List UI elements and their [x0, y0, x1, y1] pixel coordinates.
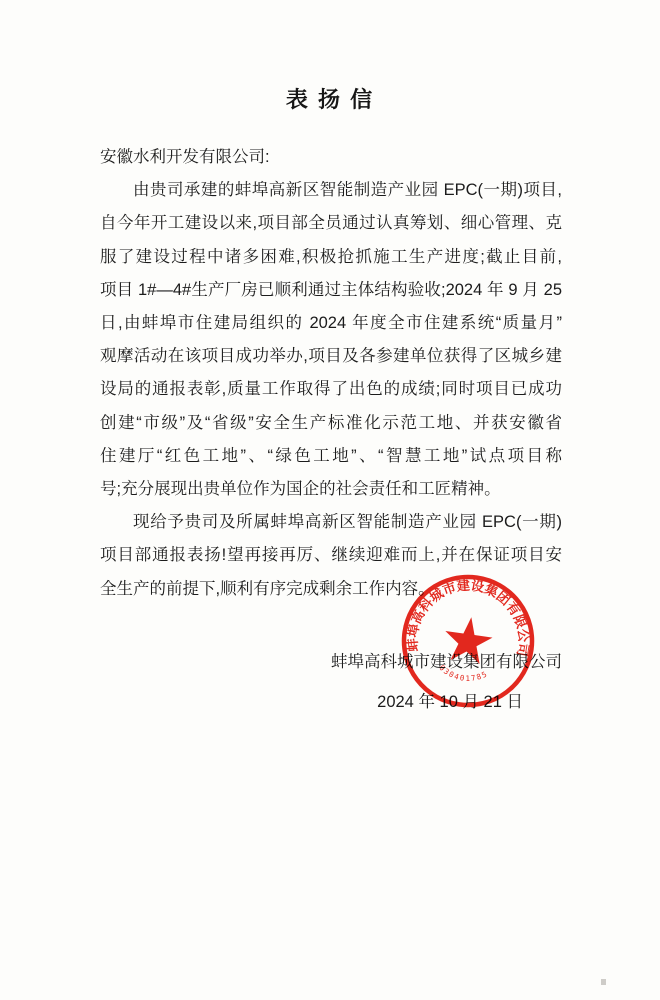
seal-code-text: 030401785: [436, 662, 491, 686]
letter-line: 创建“市级”及“省级”安全生产标准化示范工地、并获安徽省: [100, 407, 562, 440]
page-title: 表 扬 信: [0, 83, 660, 114]
letter-line: 自今年开工建设以来,项目部全员通过认真筹划、细心管理、克: [100, 207, 562, 240]
red-star-icon: [441, 614, 494, 665]
salutation: 安徽水利开发有限公司:: [100, 141, 562, 174]
scan-artifact: [601, 979, 606, 985]
letter-line: 住建厅“红色工地”、“绿色工地”、“智慧工地”试点项目称: [100, 440, 562, 473]
letter-line: 现给予贵司及所属蚌埠高新区智能制造产业园 EPC(一期): [100, 506, 562, 539]
letter-line: 号;充分展现出贵单位作为国企的社会责任和工匠精神。: [100, 473, 562, 506]
letter-line: 日,由蚌埠市住建局组织的 2024 年度全市住建系统“质量月”: [100, 307, 562, 340]
letter-line: 由贵司承建的蚌埠高新区智能制造产业园 EPC(一期)项目,: [100, 174, 562, 207]
company-seal: 蚌埠高科城市建设集团有限公司 030401785: [393, 566, 543, 716]
letter-line: 设局的通报表彰,质量工作取得了出色的成绩;同时项目已成功: [100, 373, 562, 406]
letter-page: 表 扬 信 安徽水利开发有限公司: 由贵司承建的蚌埠高新区智能制造产业园 EPC…: [0, 0, 660, 1000]
letter-line: 项目 1#—4#生产厂房已顺利通过主体结构验收;2024 年 9 月 25: [100, 274, 562, 307]
letter-line: 服了建设过程中诸多困难,积极抢抓施工生产进度;截止目前,: [100, 241, 562, 274]
letter-line: 观摩活动在该项目成功举办,项目及各参建单位获得了区城乡建: [100, 340, 562, 373]
